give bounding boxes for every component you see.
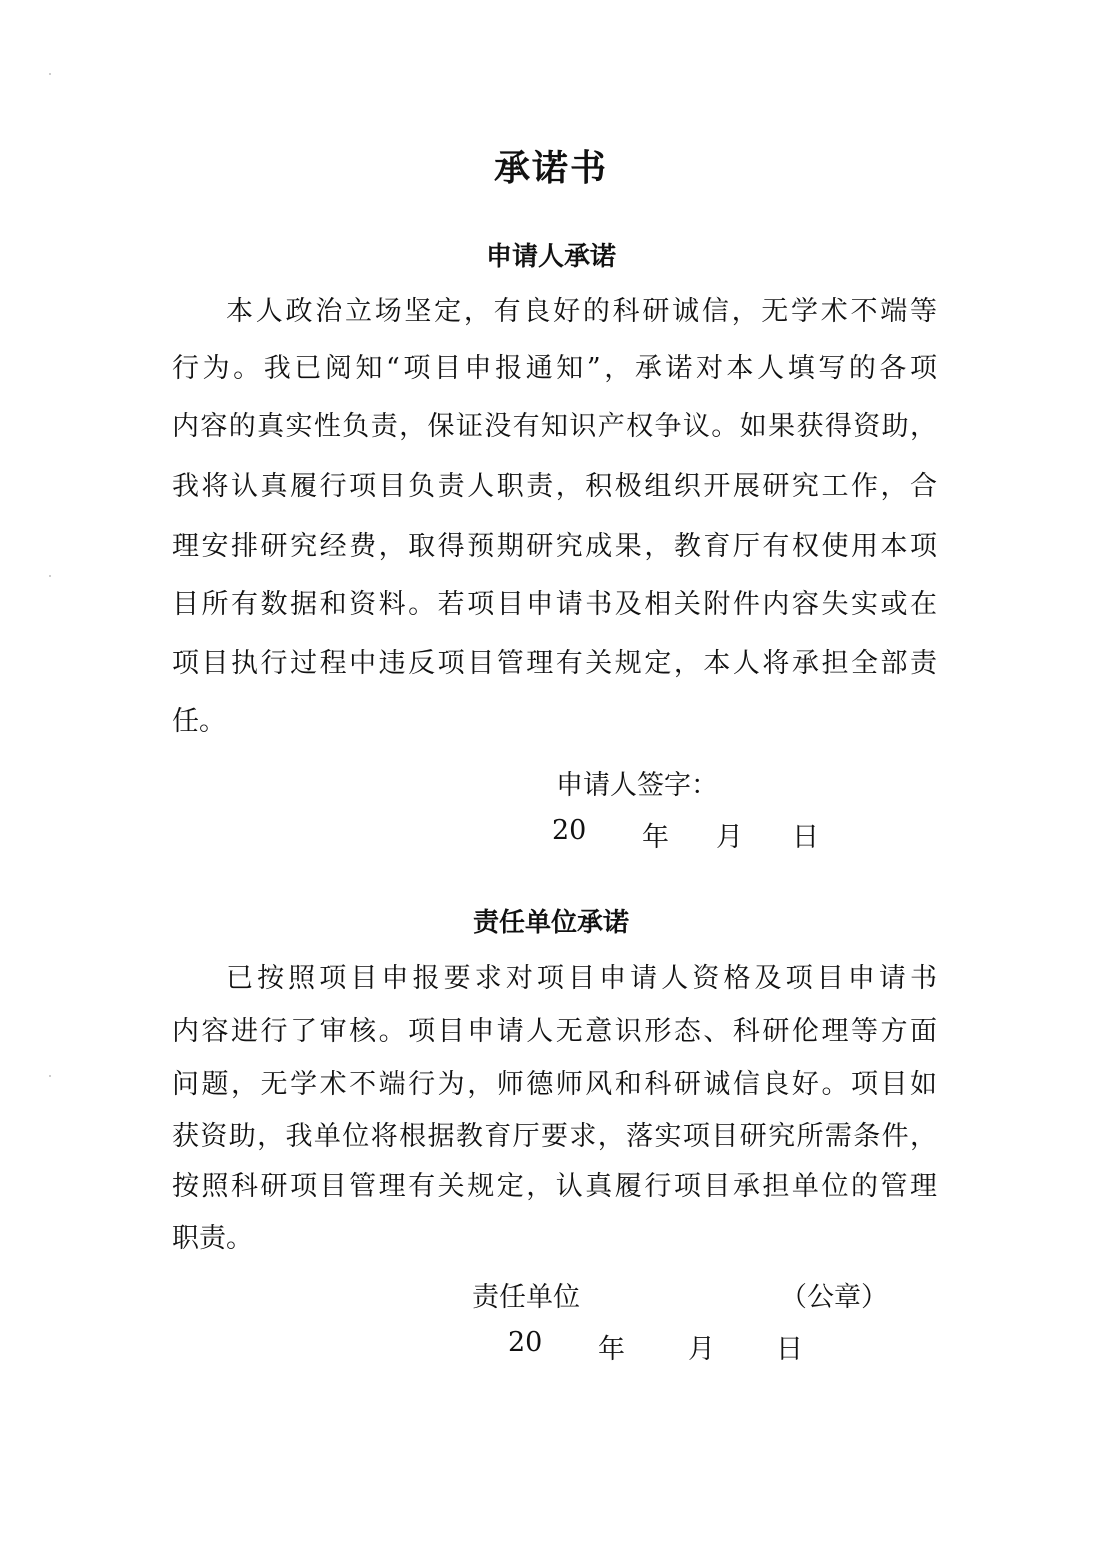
unit-paragraph-line: 职责。 [172,1222,937,1256]
unit-paragraph-line: 内容进行了审核。项目申请人无意识形态、科研伦理等方面 [172,1015,937,1049]
document-page: 承诺书 申请人承诺 本人政治立场坚定，有良好的科研诚信，无学术不端等 行为。我已… [0,0,1102,1557]
applicant-paragraph-line: 目所有数据和资料。若项目申请书及相关附件内容失实或在 [172,588,937,622]
unit-date-month: 月 [688,1327,715,1366]
official-seal-label: （公章） [780,1275,888,1314]
scan-mark [49,73,51,75]
applicant-paragraph-line: 本人政治立场坚定，有良好的科研诚信，无学术不端等 [226,295,937,329]
applicant-date-year-prefix: 20 [552,815,586,846]
unit-date-day: 日 [776,1327,803,1366]
applicant-paragraph-line: 任。 [172,705,937,739]
applicant-paragraph-line: 内容的真实性负责，保证没有知识产权争议。如果获得资助， [172,410,937,444]
applicant-signature-label: 申请人签字： [556,763,718,802]
applicant-date-day: 日 [792,815,819,854]
scan-mark [49,575,51,577]
applicant-section-heading: 申请人承诺 [0,236,1102,273]
unit-date-year-prefix: 20 [508,1327,542,1358]
unit-paragraph-line: 获资助，我单位将根据教育厅要求，落实项目研究所需条件， [172,1120,937,1154]
applicant-date-month: 月 [716,815,743,854]
unit-section-heading: 责任单位承诺 [0,902,1102,939]
unit-paragraph-line: 按照科研项目管理有关规定，认真履行项目承担单位的管理 [172,1170,937,1204]
scan-mark [49,1075,51,1077]
applicant-paragraph-line: 我将认真履行项目负责人职责，积极组织开展研究工作，合 [172,470,937,504]
unit-paragraph-line: 已按照项目申报要求对项目申请人资格及项目申请书 [226,962,937,996]
applicant-date-year: 年 [642,815,669,854]
applicant-paragraph-line: 项目执行过程中违反项目管理有关规定，本人将承担全部责 [172,647,937,681]
applicant-paragraph-line: 理安排研究经费，取得预期研究成果，教育厅有权使用本项 [172,530,937,564]
unit-name-label: 责任单位 [472,1275,580,1314]
document-title: 承诺书 [0,140,1102,191]
unit-paragraph-line: 问题，无学术不端行为，师德师风和科研诚信良好。项目如 [172,1068,937,1102]
unit-date-year: 年 [598,1327,625,1366]
applicant-paragraph-line: 行为。我已阅知“项目申报通知”，承诺对本人填写的各项 [172,352,937,386]
